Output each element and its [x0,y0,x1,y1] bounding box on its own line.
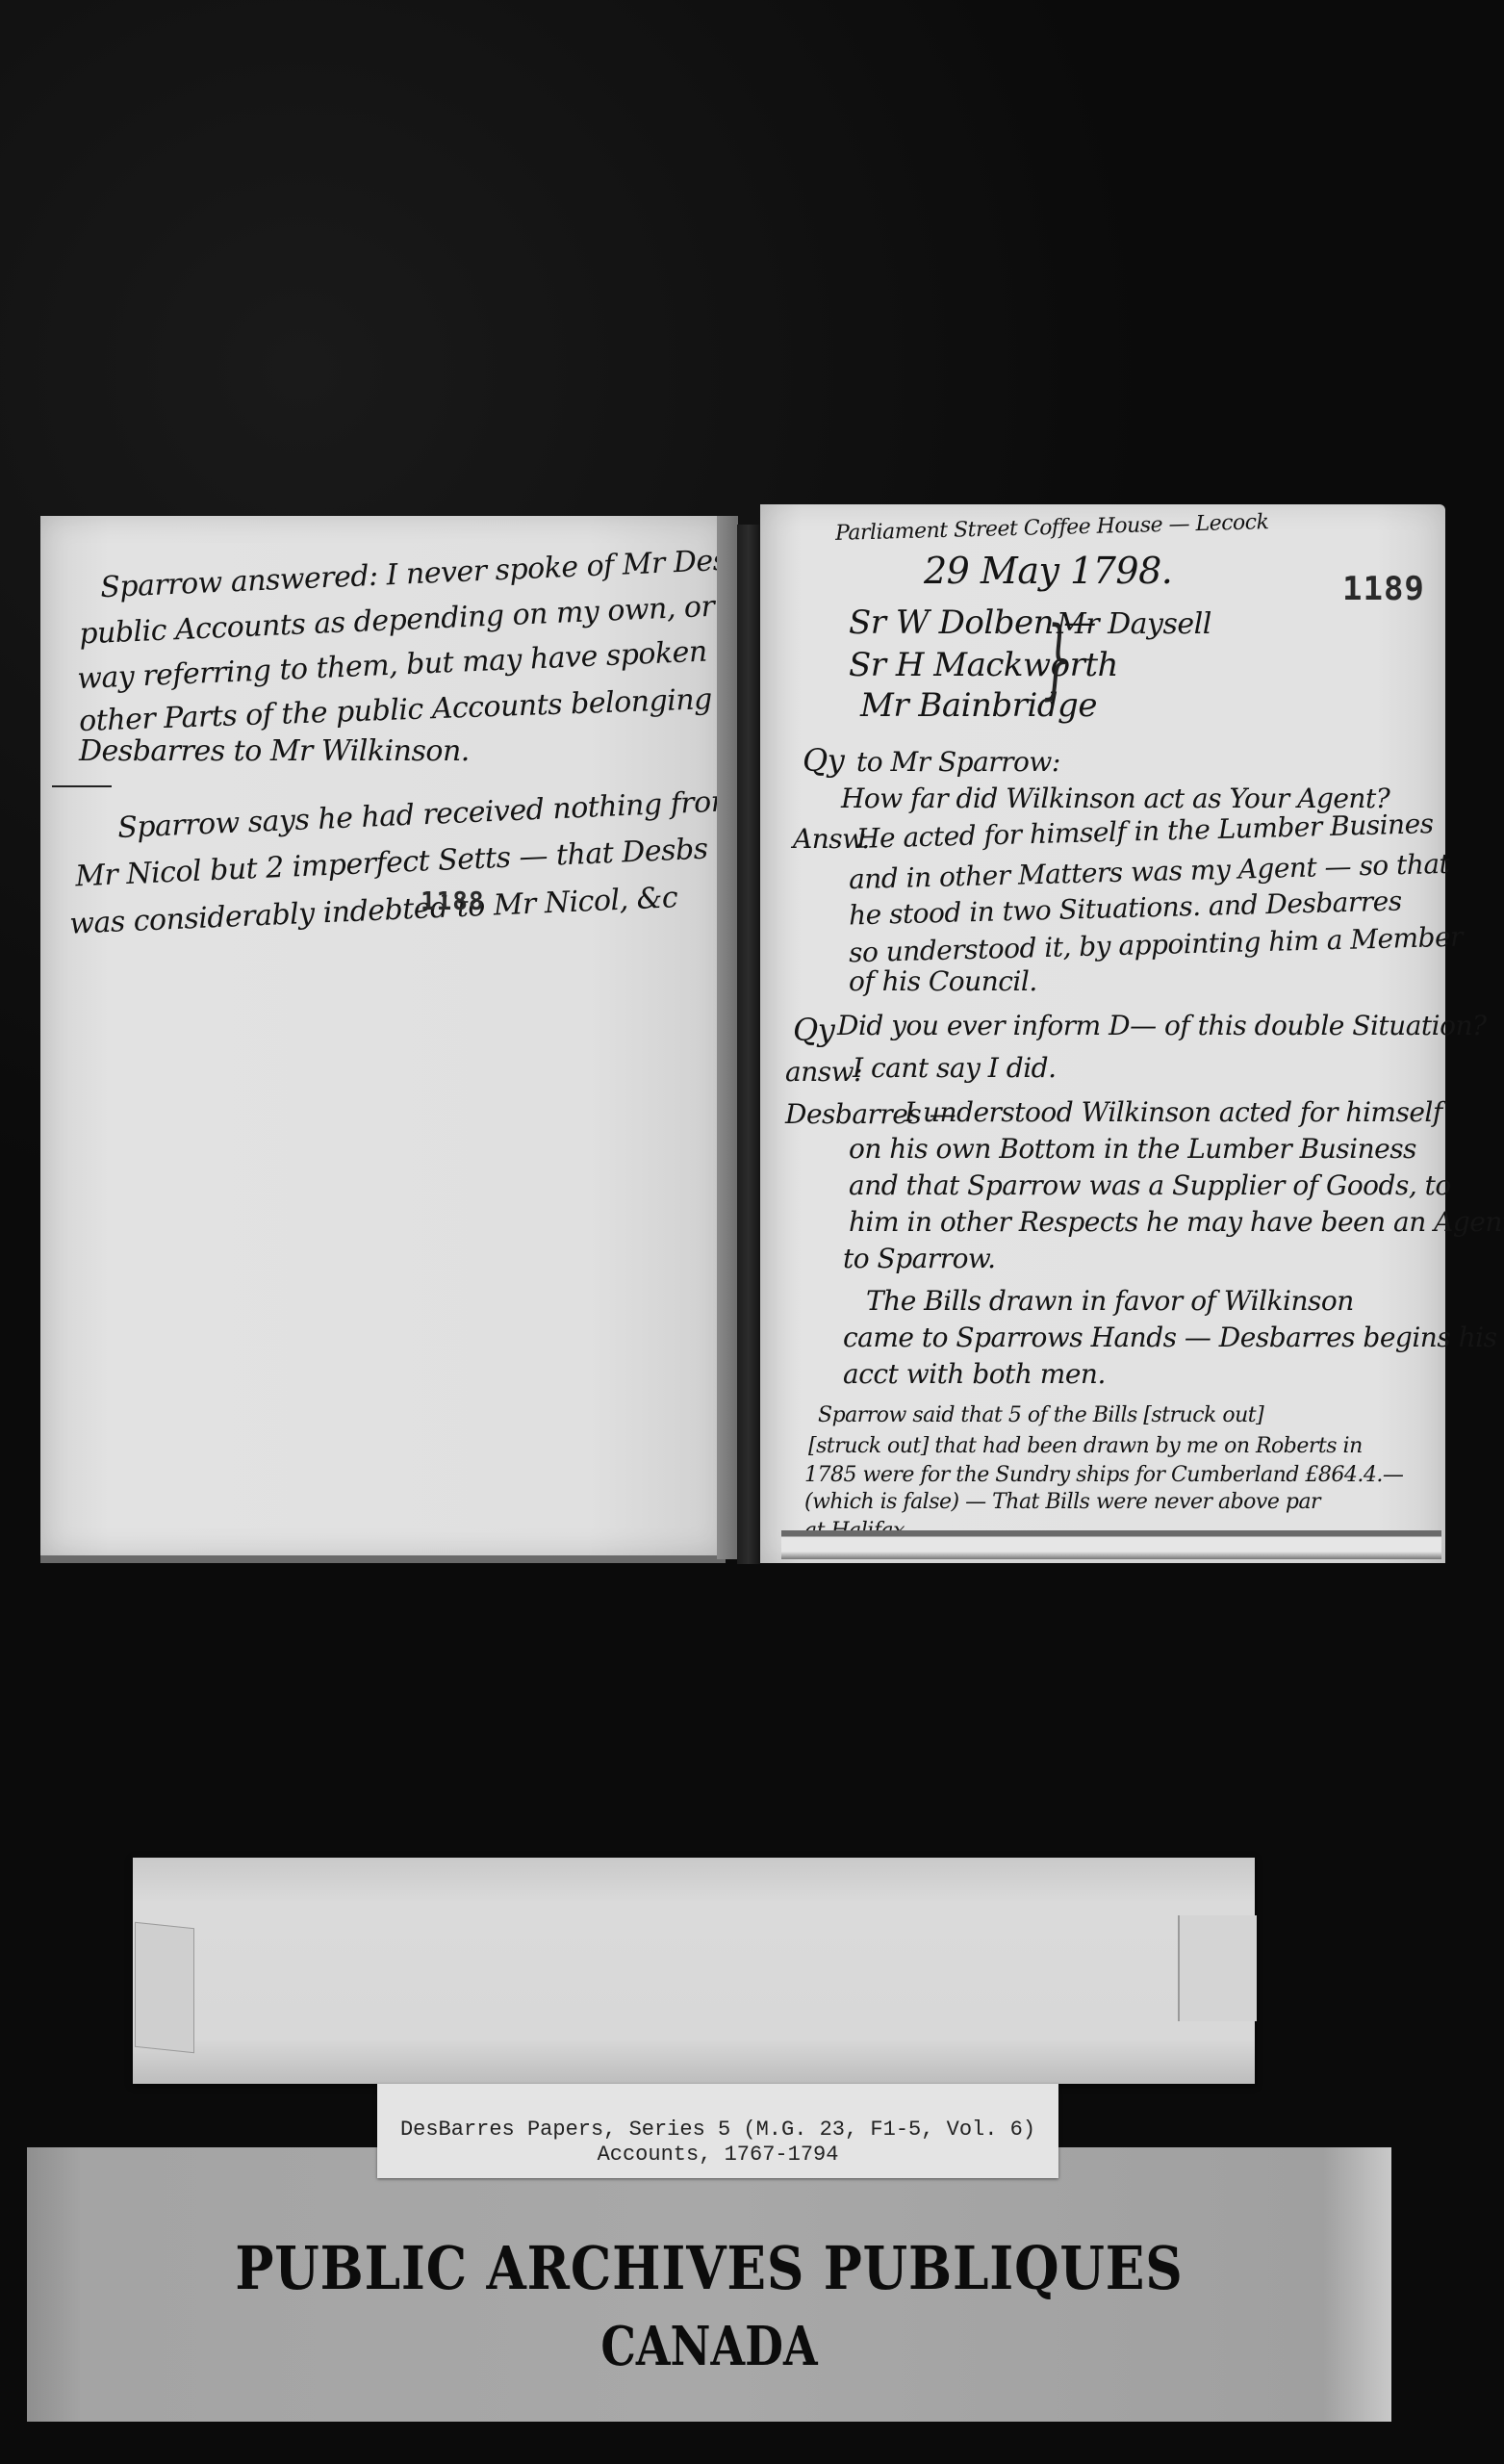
handwritten-line: came to Sparrows Hands — Desbarres begin… [843,1324,1496,1351]
handwritten-line: (which is false) — That Bills were never… [804,1492,1320,1513]
archive-label-card: DesBarres Papers, Series 5 (M.G. 23, F1-… [377,2084,1058,2178]
right-page: Parliament Street Coffee House — Lecock … [760,504,1445,1563]
entry-label: Qy [793,1014,834,1045]
archive-board-title: PUBLIC ARCHIVES PUBLIQUES [122,2233,1295,2303]
handwritten-line: How far did Wilkinson act as Your Agent? [841,785,1389,812]
handwritten-line: acct with both men. [843,1361,1106,1388]
attendee: Sr H Mackworth [849,649,1118,681]
handwritten-line: to Sparrow. [843,1245,995,1272]
handwritten-line: so understood it, by appointing him a Me… [849,924,1464,967]
handwritten-line: was considerably indebted to Mr Nicol, &… [69,884,678,939]
handwritten-line: he stood in two Situations. and Desbarre… [849,887,1402,929]
handwritten-line: Did you ever inform D— of this double Si… [837,1013,1487,1039]
handwritten-line: He acted for himself in the Lumber Busin… [856,810,1434,853]
entry-date: 29 May 1798. [924,552,1172,589]
folio-stamp: 1189 [1342,570,1425,608]
tape-strip [135,1922,194,2054]
right-page-stack-edge [781,1530,1441,1559]
handwritten-line: 1785 were for the Sundry ships for Cumbe… [804,1465,1403,1486]
book-spine [737,525,760,1564]
handwritten-line: I cant say I did. [853,1055,1056,1082]
left-page: Sparrow answered: I never spoke of Mr De… [40,516,726,1563]
handwritten-line: him in other Respects he may have been a… [849,1209,1504,1236]
handwritten-line: [struck out] that had been drawn by me o… [808,1436,1363,1457]
archive-board-subtitle: CANADA [150,2315,1269,2378]
entry-label: answ: [785,1059,862,1086]
attendee-other: Mr Daysell [1057,610,1211,639]
folio-stamp: 1188 [421,887,485,916]
handwritten-line: Sparrow said that 5 of the Bills [struck… [818,1405,1263,1426]
handwritten-line: to Mr Sparrow: [856,749,1060,776]
archive-label-line1: DesBarres Papers, Series 5 (M.G. 23, F1-… [377,2117,1058,2142]
header-place: Parliament Street Coffee House — Lecock [835,512,1269,545]
folded-envelope [133,1858,1255,2084]
handwritten-line: The Bills drawn in favor of Wilkinson [866,1288,1354,1315]
handwritten-line: and that Sparrow was a Supplier of Goods… [849,1172,1451,1199]
handwritten-line: I understood Wilkinson acted for himself [905,1099,1442,1126]
left-page-fold [717,516,738,1559]
handwritten-line: Desbarres to Mr Wilkinson. [79,737,470,766]
handwritten-line: of his Council. [849,968,1037,995]
entry-label: Qy [803,745,844,776]
handwritten-line: on his own Bottom in the Lumber Business [849,1136,1416,1163]
divider-rule [52,785,112,787]
tape-strip [1178,1915,1257,2021]
archive-label-line2: Accounts, 1767-1794 [377,2143,1058,2167]
